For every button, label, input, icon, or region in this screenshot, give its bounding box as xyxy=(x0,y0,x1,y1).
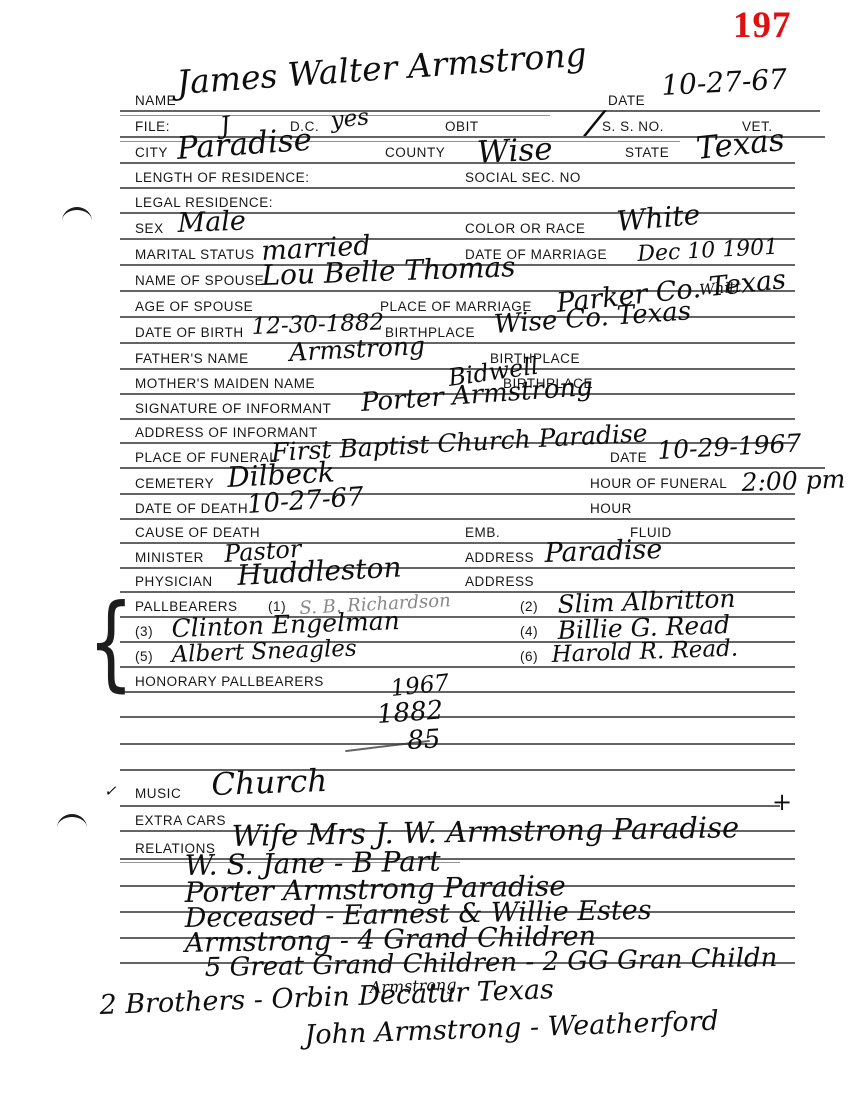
field-label-pb4: (4) xyxy=(520,624,538,639)
hw-calc-1882: 1882 xyxy=(376,697,444,728)
hw-relations-line-1: Wife Mrs J. W. Armstrong Paradise xyxy=(231,813,739,851)
hw-pallbearer-5-value: Albert Sneagles xyxy=(171,638,357,667)
hw-county-value: Wise xyxy=(476,134,553,169)
field-label-mothers-maiden-name: MOTHER'S MAIDEN NAME xyxy=(135,376,315,391)
field-label-date: DATE xyxy=(608,93,645,108)
field-label-pb6: (6) xyxy=(520,649,538,664)
hw-relations-line-8: John Armstrong - Weatherford xyxy=(304,1008,719,1049)
check-mark: ✓ xyxy=(104,784,117,799)
field-label-social-sec-no: SOCIAL SEC. NO xyxy=(465,170,581,185)
field-label-minister: MINISTER xyxy=(135,550,204,565)
field-label-city: CITY xyxy=(135,145,168,160)
field-label-physician-address: ADDRESS xyxy=(465,574,534,589)
page-number: 197 xyxy=(733,4,792,47)
hw-place-of-marriage-note: Whitt xyxy=(699,279,742,298)
rule-line xyxy=(120,342,795,344)
field-label-honorary-pallbearers: HONORARY PALLBEARERS xyxy=(135,674,324,689)
hw-dc-value: yes xyxy=(330,106,371,133)
field-label-hour: HOUR xyxy=(590,501,632,516)
rule-line xyxy=(120,805,780,807)
hw-calc-85: 85 xyxy=(407,726,441,754)
hw-race-value: White xyxy=(616,201,702,236)
scanned-funeral-record-form: 197 { ✓ + / J NAME James Walter Armstron… xyxy=(0,0,850,1100)
field-label-length-residence: LENGTH OF RESIDENCE: xyxy=(135,170,310,185)
field-label-cemetery: CEMETERY xyxy=(135,476,214,491)
pen-arc-mark xyxy=(57,814,87,828)
hw-sex-value: Male xyxy=(177,208,246,237)
plus-mark: + xyxy=(772,790,792,814)
field-label-pb2: (2) xyxy=(520,599,538,614)
field-label-physician: PHYSICIAN xyxy=(135,574,213,589)
hw-date-of-marriage-value: Dec 10 1901 xyxy=(637,237,779,266)
hw-relations-line-7: 2 Brothers - Orbin Decatur Texas xyxy=(99,976,554,1019)
hw-funeral-date-value: 10-29-1967 xyxy=(657,430,802,463)
field-label-state: STATE xyxy=(625,145,669,160)
rule-line xyxy=(120,518,795,520)
hw-music-value: Church xyxy=(211,766,328,801)
field-label-name-of-spouse: NAME OF SPOUSE xyxy=(135,273,264,288)
field-label-pb5: (5) xyxy=(135,649,153,664)
field-label-funeral-date: DATE xyxy=(610,450,647,465)
hw-date-of-death-value: 10-27-67 xyxy=(246,484,364,518)
field-label-music: MUSIC xyxy=(135,786,181,801)
field-label-marital-status: MARITAL STATUS xyxy=(135,247,255,262)
field-label-hour-of-funeral: HOUR OF FUNERAL xyxy=(590,476,727,491)
field-label-fathers-name: FATHER'S NAME xyxy=(135,351,249,366)
hw-name-value: James Walter Armstrong xyxy=(176,37,588,99)
rule-line xyxy=(120,493,795,495)
field-label-color-or-race: COLOR OR RACE xyxy=(465,221,585,236)
pen-arc-mark xyxy=(62,207,92,221)
pallbearers-brace-mark: { xyxy=(88,592,134,691)
field-label-sex: SEX xyxy=(135,221,164,236)
hw-state-value: Texas xyxy=(695,125,786,165)
hw-informant-value: Porter Armstrong xyxy=(360,374,593,416)
field-label-pb3: (3) xyxy=(135,624,153,639)
field-label-name: NAME xyxy=(135,93,176,108)
field-label-extra-cars: EXTRA CARS xyxy=(135,813,226,828)
hw-pallbearer-6-value: Harold R. Read. xyxy=(551,638,738,667)
hw-hour-of-funeral-value: 2:00 pm xyxy=(741,466,846,495)
rule-line xyxy=(120,542,795,544)
rule-line xyxy=(120,743,795,745)
field-label-date-of-death: DATE OF DEATH xyxy=(135,501,248,516)
field-label-date-of-birth: DATE OF BIRTH xyxy=(135,325,244,340)
rule-line xyxy=(120,316,795,318)
field-label-minister-address: ADDRESS xyxy=(465,550,534,565)
rule-line xyxy=(120,666,795,668)
hw-relations-insert-armstrong: Armstrong xyxy=(369,977,456,996)
field-label-age-of-spouse: AGE OF SPOUSE xyxy=(135,299,253,314)
hw-city-value: Paradise xyxy=(176,125,313,165)
rule-line xyxy=(120,716,795,718)
hw-minister-address-value: Paradise xyxy=(544,536,663,567)
hw-physician-value: Huddleston xyxy=(237,553,403,590)
field-label-signature-of-informant: SIGNATURE OF INFORMANT xyxy=(135,401,331,416)
rule-line xyxy=(120,691,795,693)
rule-line xyxy=(120,567,795,569)
field-label-file: FILE: xyxy=(135,119,170,134)
field-label-county: COUNTY xyxy=(385,145,445,160)
rule-line xyxy=(120,187,795,189)
hw-pallbearer-3-value: Clinton Engelman xyxy=(171,608,400,641)
hw-spouse-value: Lou Belle Thomas xyxy=(261,253,516,290)
hw-date-value: 10-27-67 xyxy=(661,65,788,100)
field-label-obit: OBIT xyxy=(445,119,479,134)
rule-line xyxy=(120,418,795,420)
field-label-emb: EMB. xyxy=(465,525,500,540)
hw-fathers-name-value: Armstrong xyxy=(289,333,426,365)
field-label-ssno: S. S. NO. xyxy=(602,119,664,134)
